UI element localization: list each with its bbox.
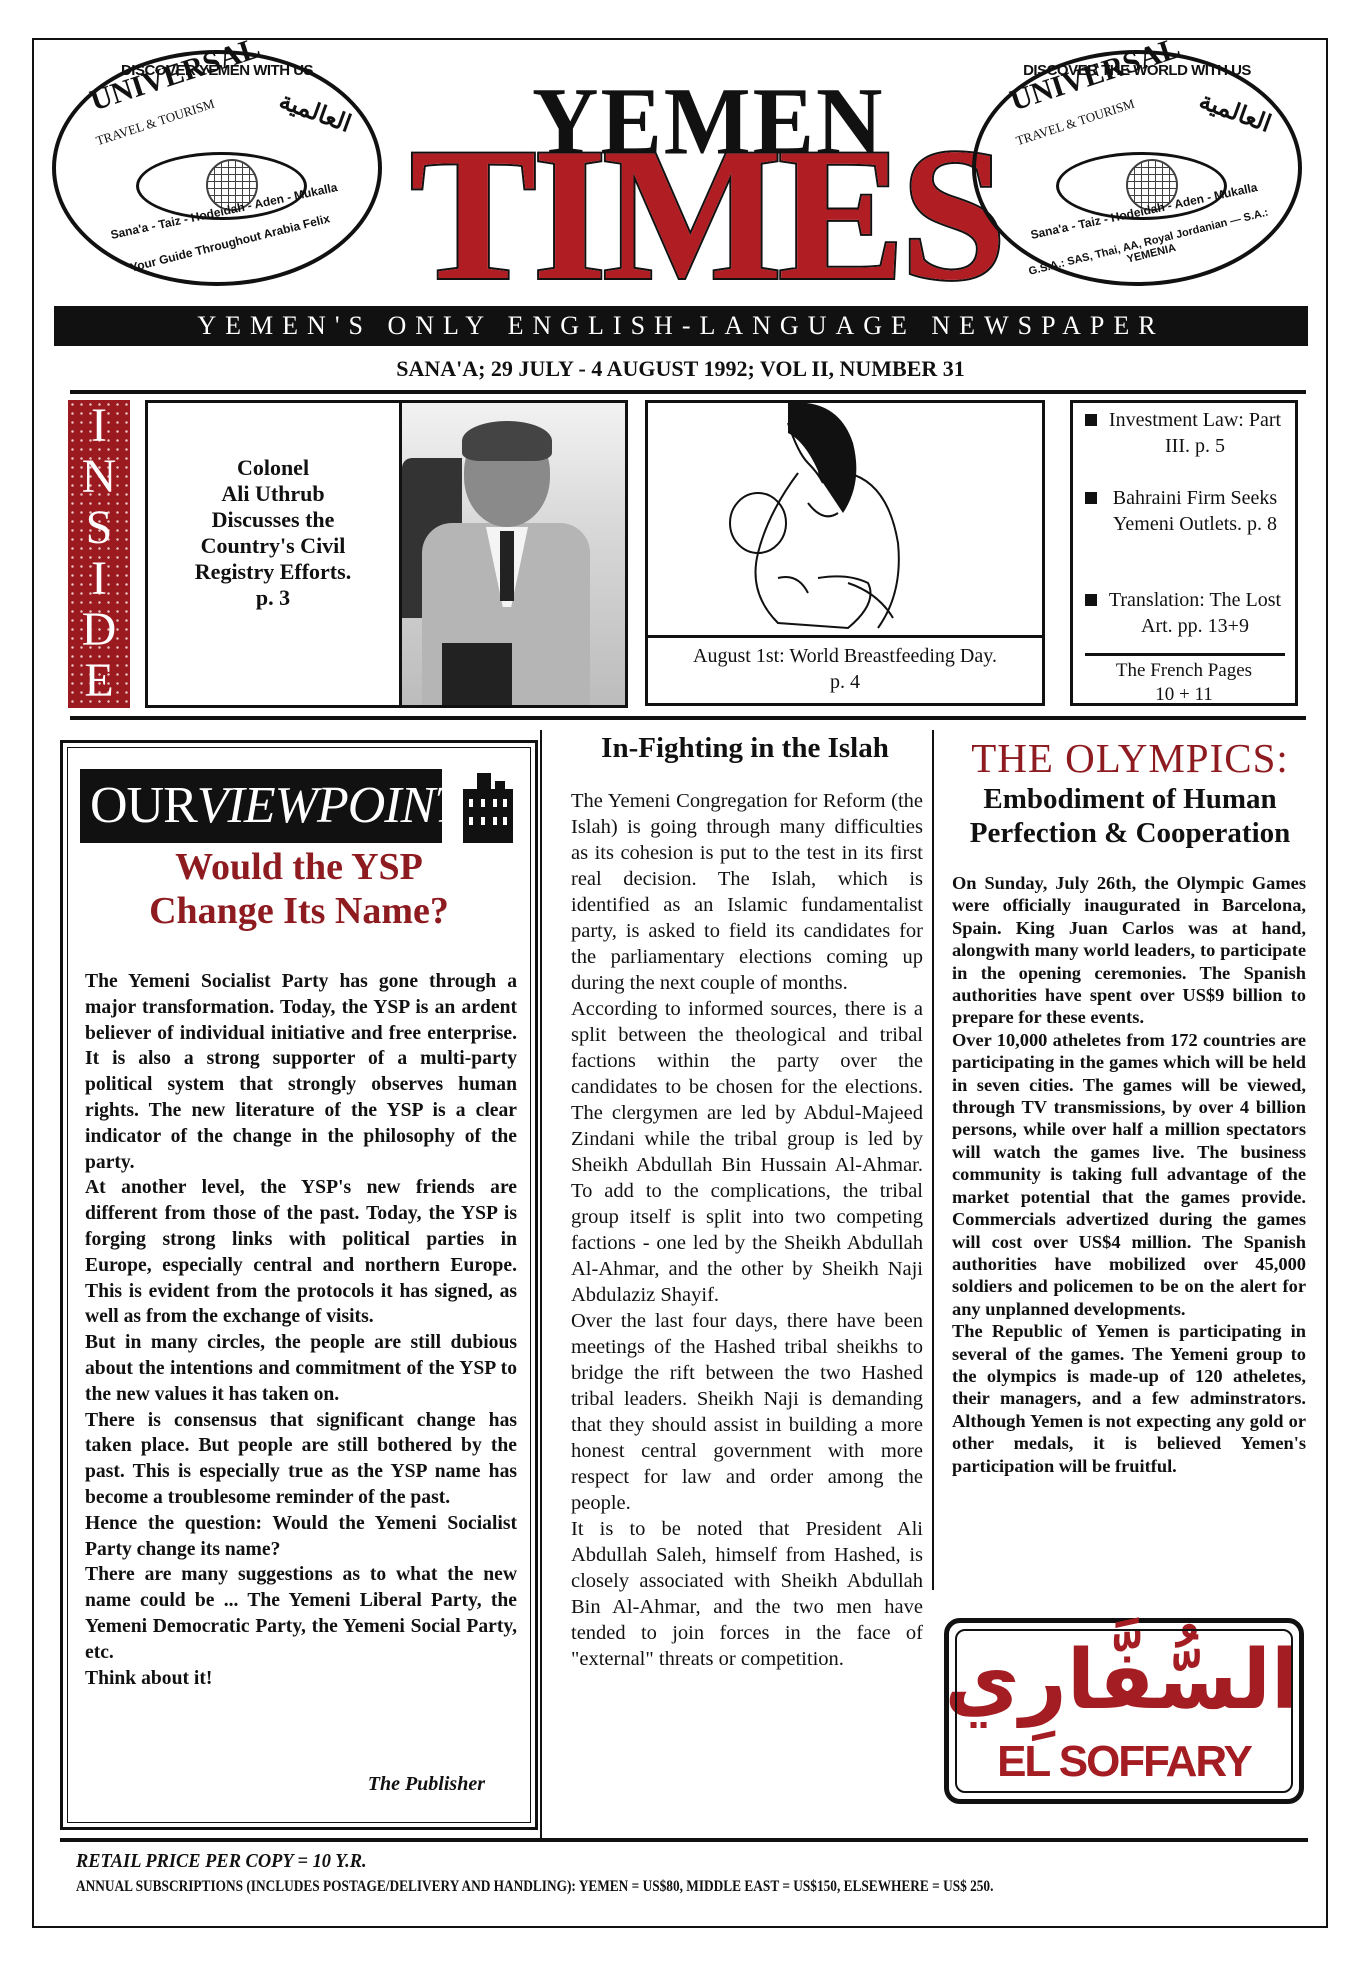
paragraph: Hence the question: Would the Yemeni Soc…: [85, 1511, 517, 1563]
inside-tab: I N S I D E: [68, 400, 130, 708]
french-pages-label: The French Pages: [1073, 659, 1295, 683]
inside-letter: N: [68, 451, 130, 502]
paragraph: Over the last four days, there have been…: [571, 1308, 923, 1516]
teaser-line: Country's Civil: [148, 533, 398, 559]
list-item-label: Bahraini Firm Seeks Yemeni Outlets. p. 8: [1083, 485, 1289, 537]
divider-rule: [60, 1838, 1308, 1842]
headline-line: Embodiment of Human: [940, 782, 1320, 816]
viewpoint-signature: The Publisher: [368, 1773, 485, 1796]
teaser-line: Ali Uthrub: [148, 481, 398, 507]
our-viewpoint-editorial: OURVIEWPOINT Would the YSP Change Its Na…: [60, 740, 538, 1830]
photo-desk-object: [442, 643, 512, 705]
french-pages-numbers: 10 + 11: [1073, 683, 1295, 707]
colonel-teaser: Colonel Ali Uthrub Discusses the Country…: [148, 455, 398, 611]
colonel-photo: [399, 403, 625, 705]
universal-travel-ad-right: DISCOVER THE WORLD WITH US UNIVERSAL TRA…: [972, 50, 1302, 286]
inside-letter: S: [68, 502, 130, 553]
logo-times: TIMES: [410, 130, 1002, 300]
column-rule: [932, 730, 934, 1590]
yemen-times-logo: YEMEN TIMES: [410, 58, 950, 303]
inside-list-item[interactable]: Bahraini Firm Seeks Yemeni Outlets. p. 8: [1083, 485, 1289, 537]
paragraph: The Republic of Yemen is participating i…: [952, 1320, 1306, 1477]
inside-list-item[interactable]: Investment Law: Part III. p. 5: [1083, 407, 1289, 459]
square-bullet-icon: [1085, 492, 1097, 504]
building-icon: [455, 769, 521, 843]
ad-arabic-brand: العالمية: [275, 86, 355, 139]
teaser-line: Registry Efforts.: [148, 559, 398, 585]
viewpoint-headline: Would the YSP Change Its Name?: [73, 845, 525, 933]
mother-and-baby-illustration: [648, 403, 1042, 638]
divider-rule: [1085, 653, 1285, 656]
list-item-label: Investment Law: Part III. p. 5: [1083, 407, 1289, 459]
divider-rule: [70, 390, 1306, 394]
islah-headline: In-Fighting in the Islah: [560, 732, 930, 765]
paragraph: According to informed sources, there is …: [571, 996, 923, 1308]
inside-feature-colonel[interactable]: Colonel Ali Uthrub Discusses the Country…: [145, 400, 628, 708]
inside-letter: E: [68, 655, 130, 706]
paragraph: It is to be noted that President Ali Abd…: [571, 1516, 923, 1672]
olympics-headline: Embodiment of Human Perfection & Coopera…: [940, 782, 1320, 850]
paragraph: But in many circles, the people are stil…: [85, 1330, 517, 1407]
photo-tie: [500, 531, 514, 601]
paragraph: The Yemeni Socialist Party has gone thro…: [85, 969, 517, 1175]
retail-price: RETAIL PRICE PER COPY = 10 Y.R.: [76, 1850, 367, 1873]
banner-viewpoint: VIEWPOINT: [197, 777, 462, 834]
mother-baby-drawing-icon: [648, 403, 1042, 633]
teaser-line: Discusses the: [148, 507, 398, 533]
olympics-kicker: THE OLYMPICS:: [940, 734, 1320, 782]
tagline-bar: YEMEN'S ONLY ENGLISH-LANGUAGE NEWSPAPER: [54, 306, 1308, 346]
soffary-english-logo: EL SOFFARY: [949, 1737, 1299, 1787]
column-rule: [540, 730, 542, 1838]
paragraph: Over 10,000 atheletes from 172 countries…: [952, 1029, 1306, 1320]
caption-page: p. 4: [648, 669, 1042, 695]
soffary-arabic-logo: السُّفَّارِي: [949, 1631, 1299, 1731]
teaser-page: p. 3: [148, 585, 398, 611]
islah-body: The Yemeni Congregation for Reform (the …: [571, 788, 923, 1672]
headline-line: Perfection & Cooperation: [940, 816, 1320, 850]
subscription-rates: ANNUAL SUBSCRIPTIONS (INCLUDES POSTAGE/D…: [76, 1878, 993, 1896]
olympics-body: On Sunday, July 26th, the Olympic Games …: [952, 872, 1306, 1477]
headline-line: Change Its Name?: [73, 889, 525, 933]
paragraph: There are many suggestions as to what th…: [85, 1562, 517, 1665]
square-bullet-icon: [1085, 594, 1097, 606]
viewpoint-body: The Yemeni Socialist Party has gone thro…: [85, 969, 517, 1691]
inside-list: Investment Law: Part III. p. 5 Bahraini …: [1070, 400, 1298, 706]
french-pages-link[interactable]: The French Pages 10 + 11: [1073, 659, 1295, 707]
list-item-label: Translation: The Lost Art. pp. 13+9: [1083, 587, 1289, 639]
inside-letter: D: [68, 604, 130, 655]
paragraph: At another level, the YSP's new friends …: [85, 1175, 517, 1330]
headline-line: Would the YSP: [73, 845, 525, 889]
inside-list-item[interactable]: Translation: The Lost Art. pp. 13+9: [1083, 587, 1289, 639]
paragraph: The Yemeni Congregation for Reform (the …: [571, 788, 923, 996]
el-soffary-ad: السُّفَّارِي EL SOFFARY: [944, 1618, 1304, 1804]
inside-letter: I: [68, 400, 130, 451]
paragraph: There is consensus that significant chan…: [85, 1408, 517, 1511]
ad-arabic-brand: العالمية: [1195, 86, 1275, 139]
paragraph: On Sunday, July 26th, the Olympic Games …: [952, 872, 1306, 1029]
breastfeeding-caption: August 1st: World Breastfeeding Day. p. …: [648, 643, 1042, 695]
dateline: SANA'A; 29 JULY - 4 AUGUST 1992; VOL II,…: [0, 356, 1361, 382]
teaser-line: Colonel: [148, 455, 398, 481]
inside-letter: I: [68, 553, 130, 604]
divider-rule: [70, 716, 1306, 720]
square-bullet-icon: [1085, 414, 1097, 426]
caption-line: August 1st: World Breastfeeding Day.: [648, 643, 1042, 669]
viewpoint-banner: OURVIEWPOINT: [80, 769, 442, 843]
banner-our: OUR: [90, 777, 197, 834]
inside-feature-breastfeeding[interactable]: August 1st: World Breastfeeding Day. p. …: [645, 400, 1045, 706]
universal-travel-ad-left: DISCOVER YEMEN WITH US UNIVERSAL TRAVEL …: [52, 50, 382, 286]
photo-hair: [462, 421, 552, 461]
paragraph: Think about it!: [85, 1666, 517, 1692]
